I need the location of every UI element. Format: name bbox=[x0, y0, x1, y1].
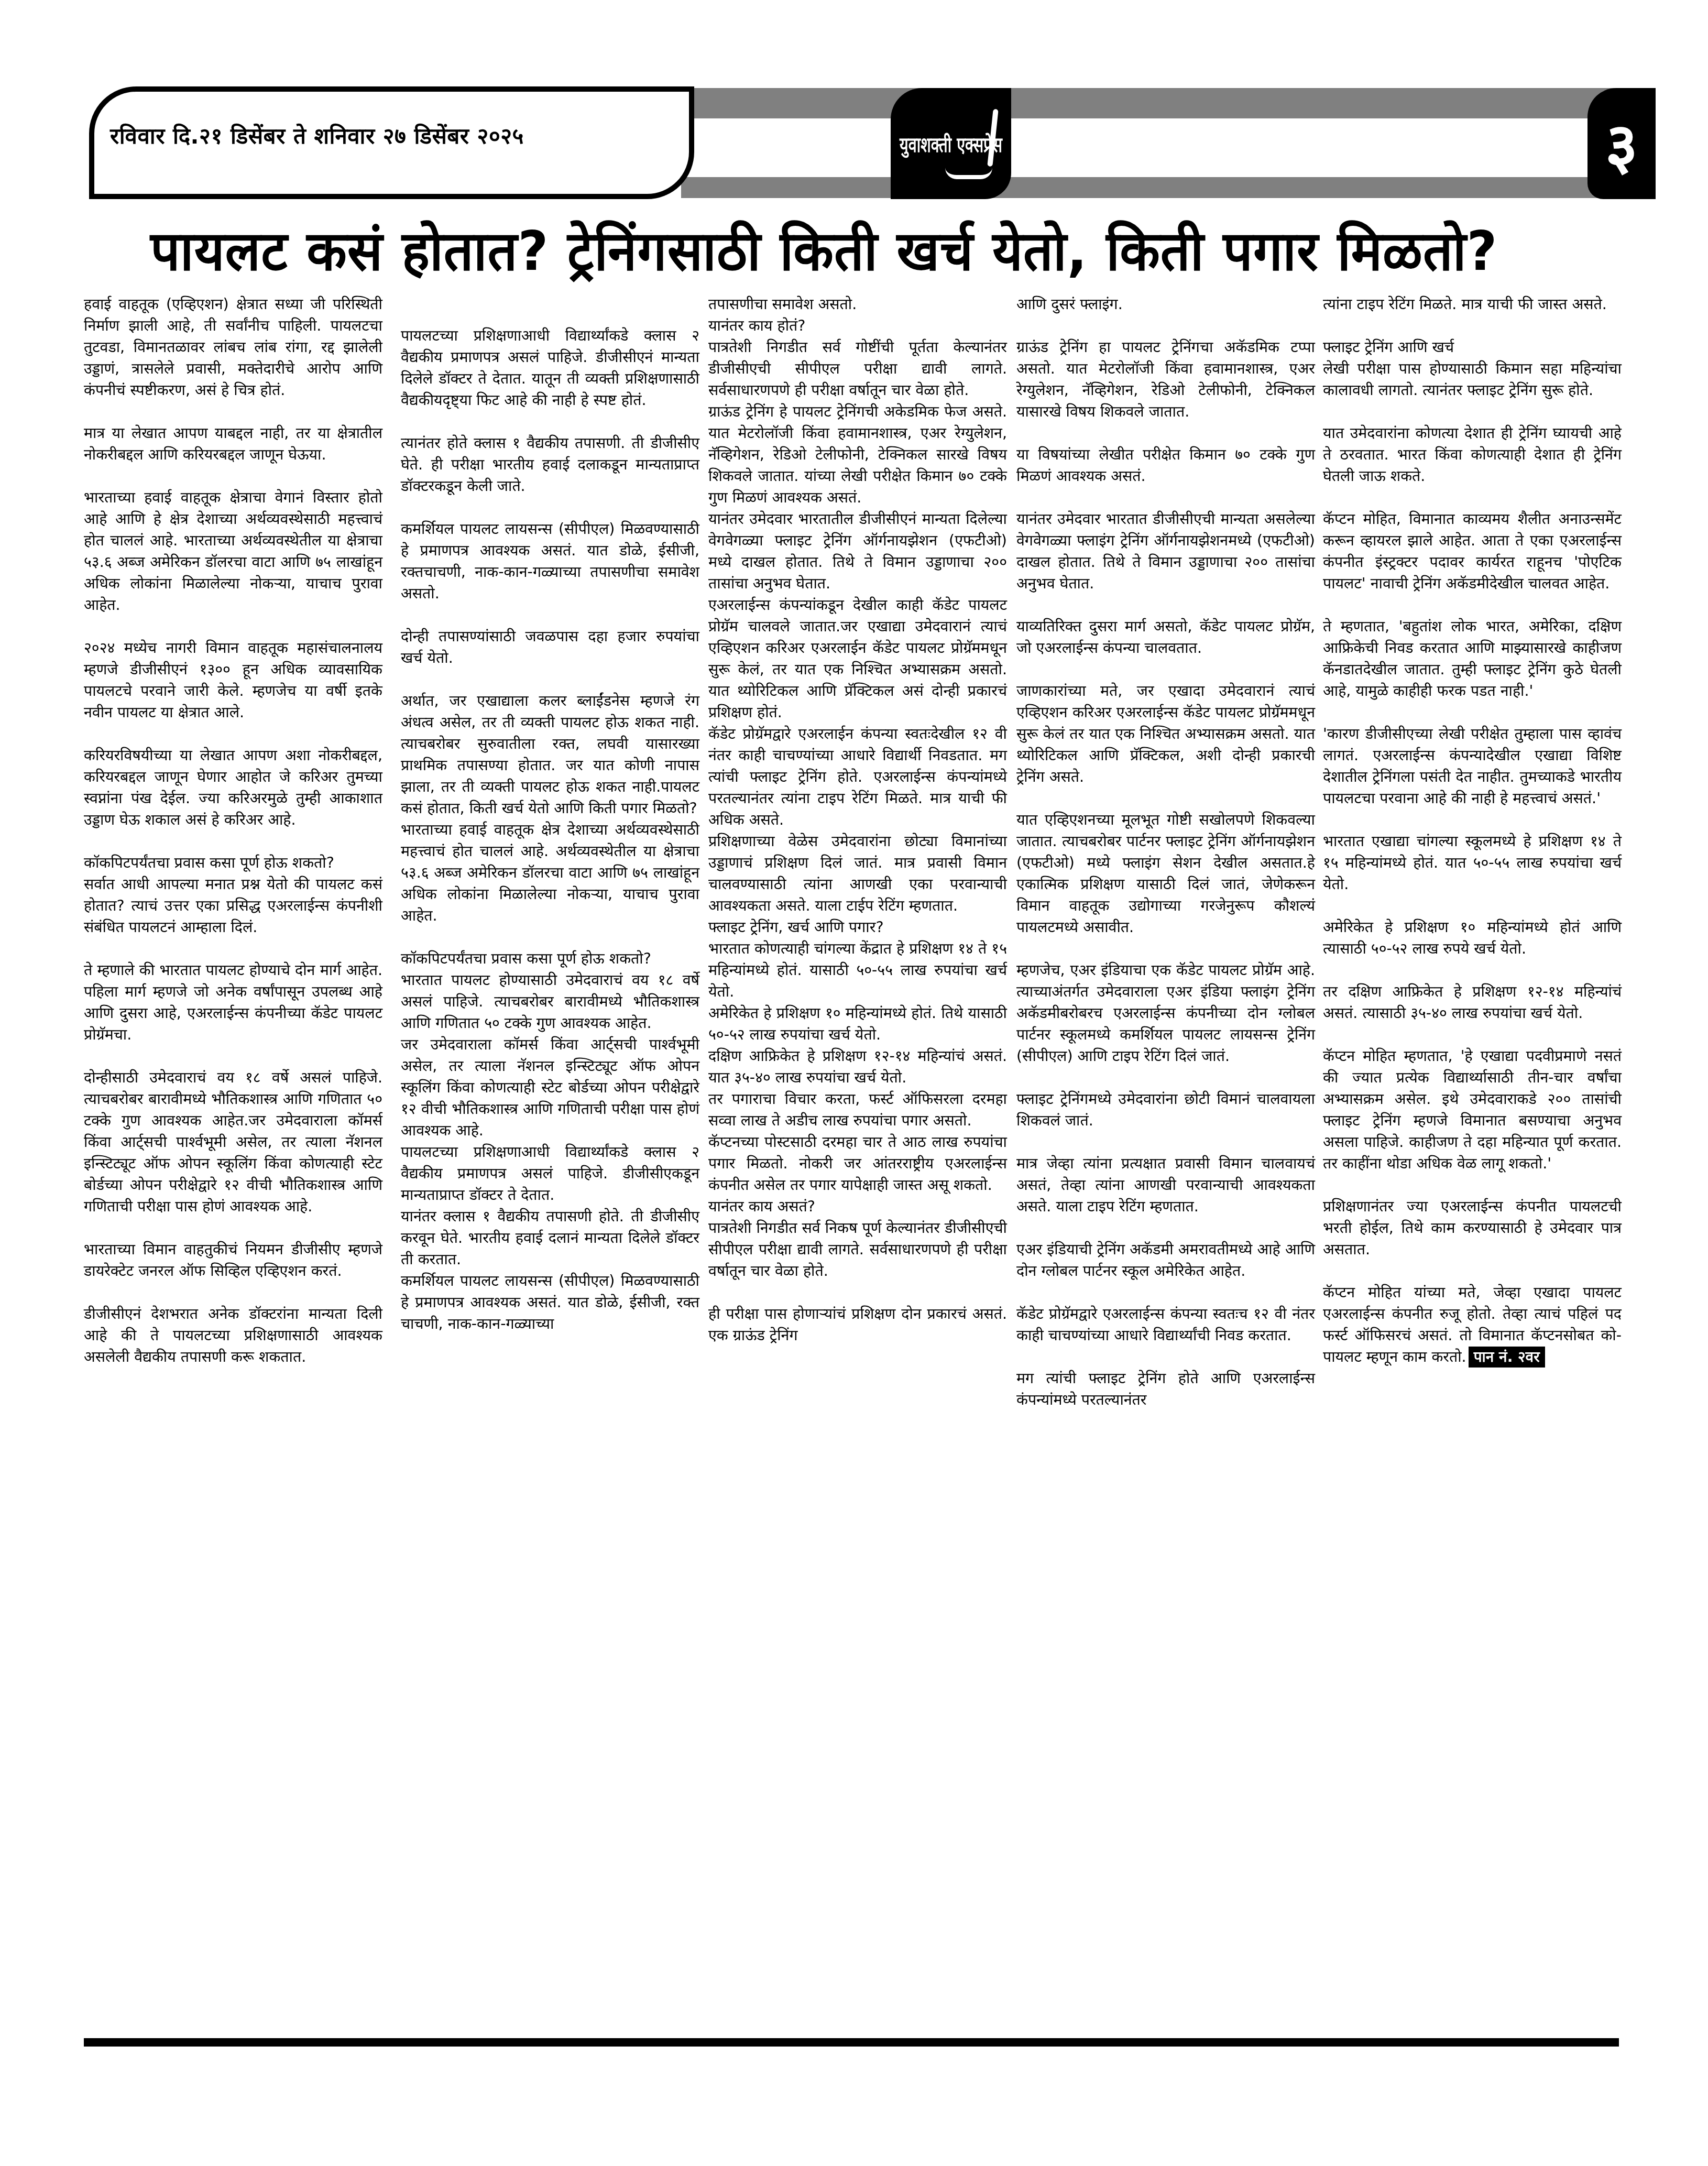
article-paragraph: करियरविषयीच्या या लेखात आपण अशा नोकरीबद्… bbox=[84, 745, 382, 830]
article-paragraph: ही परीक्षा पास होणाऱ्यांचं प्रशिक्षण दोन… bbox=[708, 1303, 1007, 1346]
article-paragraph: फ्लाइट ट्रेनिंगमध्ये उमेदवारांना छोटी वि… bbox=[1016, 1088, 1315, 1131]
article-paragraph: दोन्ही तपासण्यांसाठी जवळपास दहा हजार रुप… bbox=[401, 626, 699, 669]
article-paragraph: पायलटच्या प्रशिक्षणाआधी विद्यार्थ्यांकडे… bbox=[401, 325, 699, 411]
article-paragraph: ग्राऊंड ट्रेनिंग हा पायलट ट्रेनिंगचा अकॅ… bbox=[1016, 336, 1315, 422]
issue-date-box: रविवार दि.२१ डिसेंबर ते शनिवार २७ डिसेंब… bbox=[89, 86, 694, 199]
masthead-white-band bbox=[681, 118, 1656, 177]
article-paragraph: भारतात एखाद्या चांगल्या स्कूलमध्ये हे प्… bbox=[1323, 830, 1622, 895]
article-paragraph: मात्र या लेखात आपण याबद्दल नाही, तर या क… bbox=[84, 422, 382, 465]
article-paragraph: कॅप्टन मोहित, विमानात काव्यमय शैलीत अनाउ… bbox=[1323, 508, 1622, 594]
article-paragraph: फ्लाइट ट्रेनिंग आणि खर्चलेखी परीक्षा पास… bbox=[1323, 336, 1622, 401]
article-paragraph: अमेरिकेत हे प्रशिक्षण १० महिन्यांमध्ये ह… bbox=[1323, 916, 1622, 959]
article-paragraph: 'कारण डीजीसीएच्या लेखी परीक्षेत तुम्हाला… bbox=[1323, 723, 1622, 809]
article-paragraph: मात्र जेव्हा त्यांना प्रत्यक्षात प्रवासी… bbox=[1016, 1153, 1315, 1217]
article-paragraph: तपासणीचा समावेश असतो.यानंतर काय होतं?पात… bbox=[708, 293, 1007, 1282]
article-paragraph: डीजीसीएनं देशभरात अनेक डॉक्टरांना मान्यत… bbox=[84, 1303, 382, 1368]
article-paragraph: कॉकपिटपर्यंतचा प्रवास कसा पूर्ण होऊ शकतो… bbox=[84, 852, 382, 938]
article-paragraph: दोन्हीसाठी उमेदवाराचं वय १८ वर्षे असलं प… bbox=[84, 1067, 382, 1217]
article-paragraph: जाणकारांच्या मते, जर एखादा उमेदवारानं त्… bbox=[1016, 680, 1315, 787]
issue-date-range: रविवार दि.२१ डिसेंबर ते शनिवार २७ डिसेंब… bbox=[110, 121, 524, 150]
article-paragraph: आणि दुसरं फ्लाइंग. bbox=[1016, 293, 1315, 315]
article-column-1: हवाई वाहतूक (एव्हिएशन) क्षेत्रात सध्या ज… bbox=[84, 293, 382, 1389]
publication-name: युवाशक्ती एक्सप्रेस bbox=[900, 129, 1002, 158]
article-paragraph: २०२४ मध्येच नागरी विमान वाहतूक महासंचालन… bbox=[84, 637, 382, 723]
article-paragraph: त्यांना टाइप रेटिंग मिळते. मात्र याची फी… bbox=[1323, 293, 1622, 315]
article-paragraph: अर्थात, जर एखाद्याला कलर ब्लाईंडनेस म्हण… bbox=[401, 690, 699, 926]
article-paragraph: मग त्यांची फ्लाइट ट्रेनिंग होते आणि एअरल… bbox=[1016, 1368, 1315, 1410]
article-paragraph: ते म्हणाले की भारतात पायलट होण्याचे दोन … bbox=[84, 959, 382, 1045]
article-paragraph: या विषयांच्या लेखीत परीक्षेत किमान ७० टक… bbox=[1016, 444, 1315, 487]
masthead-gray-band-top bbox=[681, 88, 1656, 118]
article-paragraph: यानंतर उमेदवार भारतात डीजीसीएची मान्यता … bbox=[1016, 508, 1315, 594]
article-paragraph: कॅप्टन मोहित म्हणतात, 'हे एखाद्या पदवीप्… bbox=[1323, 1045, 1622, 1174]
article-column-2: पायलटच्या प्रशिक्षणाआधी विद्यार्थ्यांकडे… bbox=[401, 325, 699, 1356]
publication-logo: युवाशक्ती एक्सप्रेस bbox=[891, 88, 1011, 199]
article-paragraph: ते म्हणतात, 'बहुतांश लोक भारत, अमेरिका, … bbox=[1323, 616, 1622, 702]
article-paragraph: म्हणजेच, एअर इंडियाचा एक कॅडेट पायलट प्र… bbox=[1016, 959, 1315, 1067]
article-paragraph: यात उमेदवारांना कोणत्या देशात ही ट्रेनिं… bbox=[1323, 422, 1622, 487]
article-paragraph: हवाई वाहतूक (एव्हिएशन) क्षेत्रात सध्या ज… bbox=[84, 293, 382, 401]
article-paragraph: याव्यतिरिक्त दुसरा मार्ग असतो, कॅडेट पाय… bbox=[1016, 616, 1315, 659]
page-number-badge: ३ bbox=[1587, 88, 1656, 199]
article-paragraph: भारताच्या विमान वाहतुकीचं नियमन डीजीसीए … bbox=[84, 1239, 382, 1282]
article-column-5: त्यांना टाइप रेटिंग मिळते. मात्र याची फी… bbox=[1323, 293, 1622, 1389]
article-paragraph: प्रशिक्षणानंतर ज्या एअरलाईन्स कंपनीत पाय… bbox=[1323, 1196, 1622, 1260]
article-paragraph: कॅडेट प्रोग्रॅमद्वारे एअरलाईन्स कंपन्या … bbox=[1016, 1303, 1315, 1346]
article-paragraph: एअर इंडियाची ट्रेनिंग अकॅडमी अमरावतीमध्य… bbox=[1016, 1239, 1315, 1282]
article-paragraph: कॅप्टन मोहित यांच्या मते, जेव्हा एखादा प… bbox=[1323, 1282, 1622, 1368]
article-body: हवाई वाहतूक (एव्हिएशन) क्षेत्रात सध्या ज… bbox=[84, 293, 1635, 1991]
article-paragraph: त्यानंतर होते क्लास १ वैद्यकीय तपासणी. त… bbox=[401, 432, 699, 497]
page-number: ३ bbox=[1605, 101, 1638, 187]
article-paragraph: कमर्शियल पायलट लायसन्स (सीपीएल) मिळवण्या… bbox=[401, 518, 699, 604]
article-column-3: तपासणीचा समावेश असतो.यानंतर काय होतं?पात… bbox=[708, 293, 1007, 1368]
masthead: रविवार दि.२१ डिसेंबर ते शनिवार २७ डिसेंब… bbox=[0, 0, 1708, 220]
article-paragraph: भारताच्या हवाई वाहतूक क्षेत्राचा वेगानं … bbox=[84, 487, 382, 616]
article-headline: पायलट कसं होतात? ट्रेनिंगसाठी किती खर्च … bbox=[105, 212, 1543, 291]
article-paragraph: तर दक्षिण आफ्रिकेत हे प्रशिक्षण १२-१४ मह… bbox=[1323, 981, 1622, 1024]
article-paragraph: यात एव्हिएशनच्या मूलभूत गोष्टी सखोलपणे श… bbox=[1016, 809, 1315, 938]
footer-rule bbox=[84, 2038, 1619, 2047]
continued-on-page-label: पान नं. २वर bbox=[1469, 1347, 1545, 1368]
pen-swoosh-icon bbox=[945, 168, 992, 179]
article-paragraph: कॉकपिटपर्यंतचा प्रवास कसा पूर्ण होऊ शकतो… bbox=[401, 948, 699, 1334]
article-column-4: आणि दुसरं फ्लाइंग.ग्राऊंड ट्रेनिंग हा पा… bbox=[1016, 293, 1315, 1432]
masthead-gray-band-bottom bbox=[681, 177, 1656, 198]
